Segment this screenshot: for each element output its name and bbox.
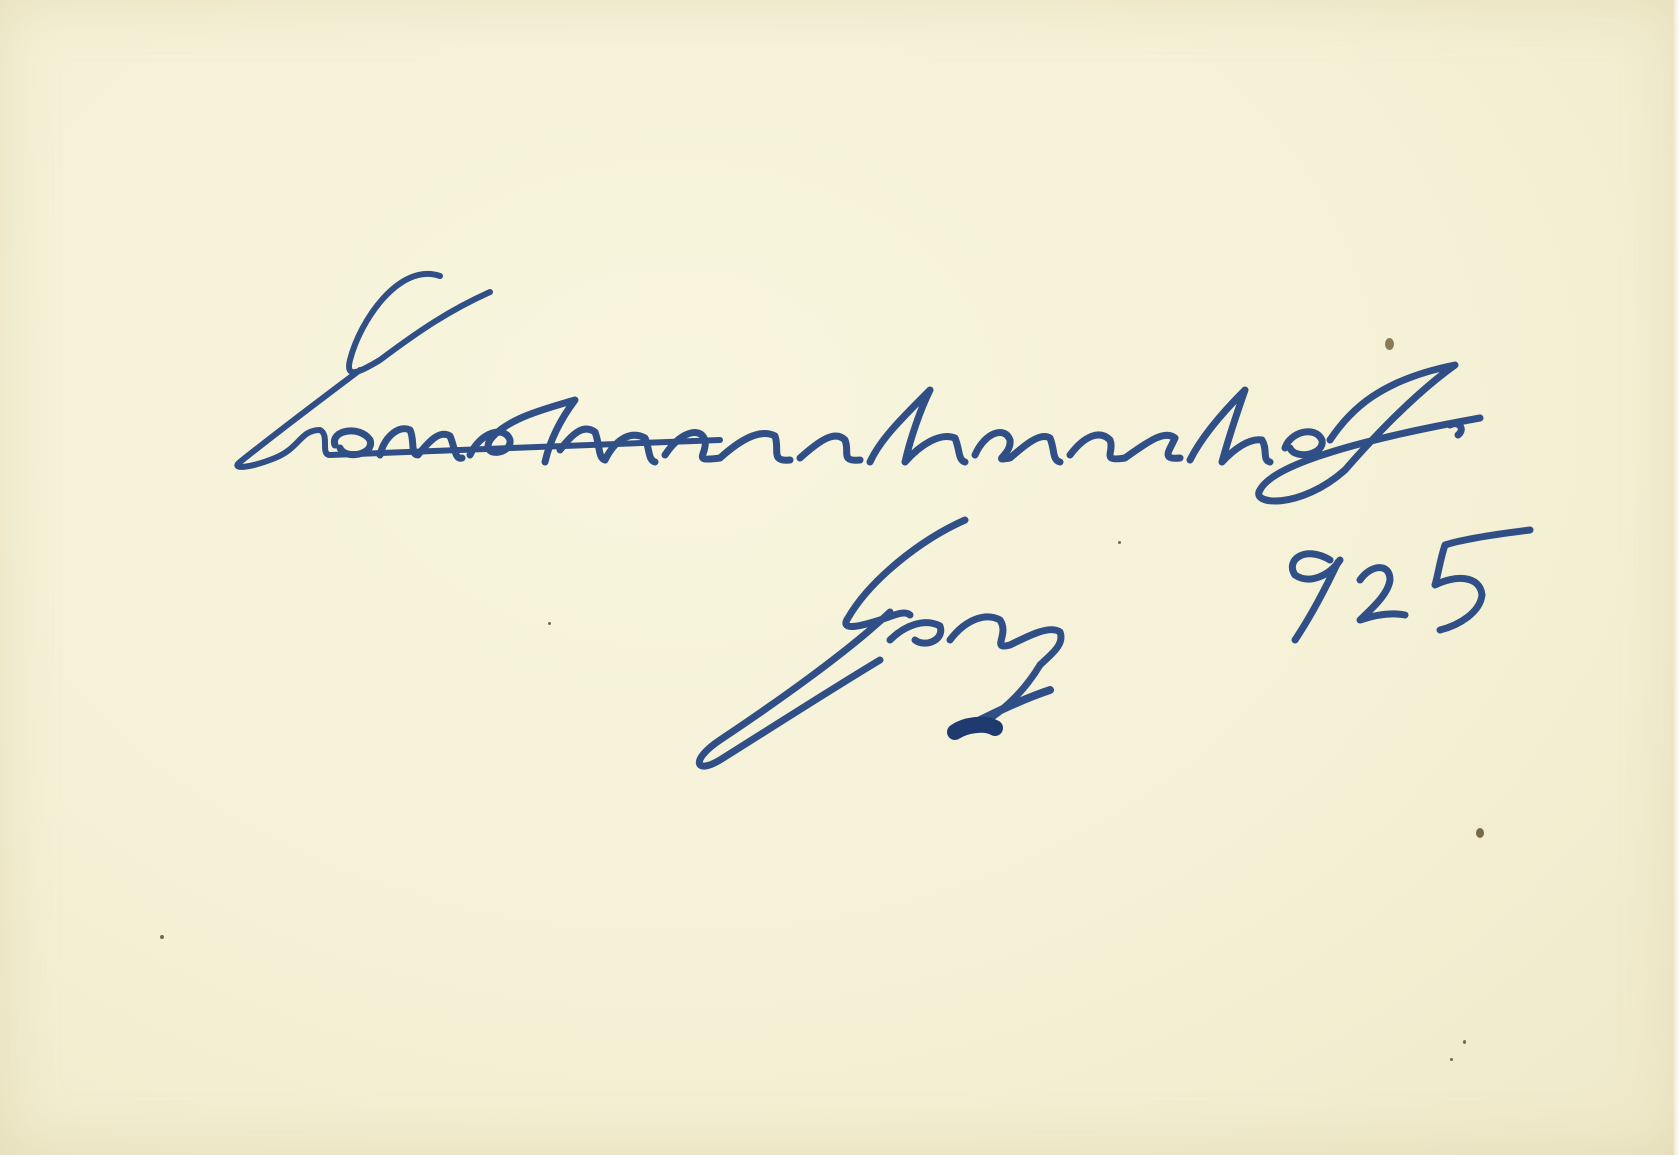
handwriting-ink <box>0 0 1680 1155</box>
paper-card: Landhaushof Graz 925 <box>0 0 1680 1155</box>
